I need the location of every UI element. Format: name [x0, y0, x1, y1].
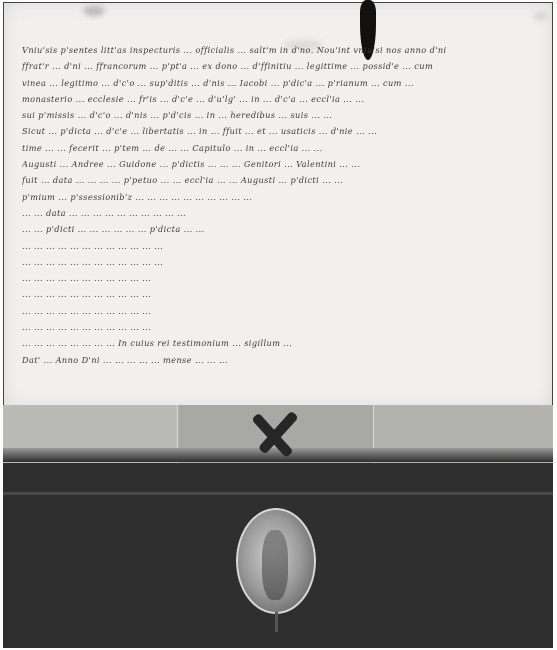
stain	[533, 12, 547, 20]
seal-figure-icon	[262, 530, 288, 600]
text-line: ... ... ... ... ... ... ... ... ... ... …	[22, 270, 542, 287]
text-line: ... ... ... ... ... ... ... ... In cuius…	[22, 335, 542, 352]
photo-frame: Vniu'sis p'sentes litt'as inspecturis ..…	[0, 0, 557, 650]
text-line: p'mium ... p'ssessionib'z ... ... ... ..…	[22, 188, 542, 205]
text-line: sui p'missis ... d'c'o ... d'nis ... p'd…	[22, 107, 542, 124]
background-edge-line	[3, 492, 553, 495]
text-line: monasterio ... ecclesie ... fr'is ... d'…	[22, 90, 542, 107]
text-line: Dat' ... Anno D'ni ... ... ... ... ... m…	[22, 351, 542, 368]
text-line: vinea ... legitimo ... d'c'o ... sup'dit…	[22, 74, 542, 91]
text-line: time ... ... fecerit ... p'tem ... de ..…	[22, 139, 542, 156]
text-line: ffrat'r ... d'ni ... ffrancorum ... p'pt…	[22, 58, 542, 75]
text-line: Sicut ... p'dicta ... d'c'e ... libertat…	[22, 123, 542, 140]
charter-text: Vniu'sis p'sentes litt'as inspecturis ..…	[22, 42, 542, 368]
text-line: ... ... data ... ... ... ... ... ... ...…	[22, 205, 542, 222]
text-line: fuit ... data ... ... ... ... p'petuo ..…	[22, 172, 542, 189]
text-line: ... ... ... ... ... ... ... ... ... ... …	[22, 237, 542, 254]
text-line: ... ... p'dicti ... ... ... ... ... ... …	[22, 221, 542, 238]
text-line: ... ... ... ... ... ... ... ... ... ... …	[22, 253, 542, 270]
seal-cord-end	[275, 612, 278, 632]
text-line: Augusti ... Andree ... Guidone ... p'dic…	[22, 156, 542, 173]
text-line: ... ... ... ... ... ... ... ... ... ... …	[22, 319, 542, 336]
text-line: ... ... ... ... ... ... ... ... ... ... …	[22, 286, 542, 303]
stain	[83, 6, 105, 16]
text-line: ... ... ... ... ... ... ... ... ... ... …	[22, 302, 542, 319]
text-line: Vniu'sis p'sentes litt'as inspecturis ..…	[22, 42, 542, 59]
